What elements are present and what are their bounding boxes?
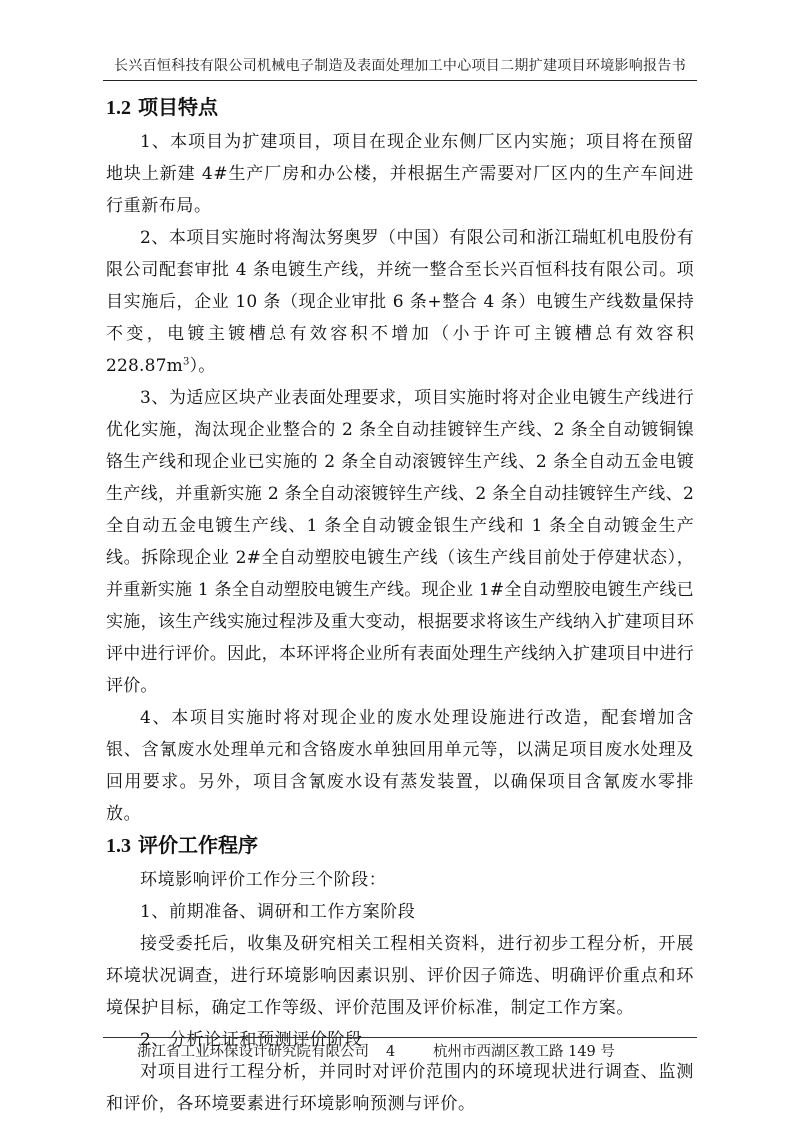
paragraph-1-2-item-1: 1、本项目为扩建项目，项目在现企业东侧厂区内实施；项目将在预留地块上新建 4#生… (106, 126, 694, 222)
section-number: 1.2 (106, 97, 131, 119)
running-footer: 浙江省工业环保设计研究院有限公司 4 杭州市西湖区教工路 149 号 (103, 1042, 697, 1064)
paragraph-1-2-item-3: 3、为适应区块产业表面处理要求，项目实施时将对企业电镀生产线进行优化实施，淘汰现… (106, 382, 694, 702)
paragraph-1-2-item-2: 2、本项目实施时将淘汰努奥罗（中国）有限公司和浙江瑞虹机电股份有限公司配套审批 … (106, 222, 694, 382)
header-divider (103, 80, 697, 81)
paragraph-1-3-stage-1-body: 接受委托后，收集及研究相关工程相关资料，进行初步工程分析，开展环境状况调查，进行… (106, 928, 694, 1024)
section-heading-1-3: 1.3 评价工作程序 (106, 830, 694, 864)
page-body: 1.2 项目特点 1、本项目为扩建项目，项目在现企业东侧厂区内实施；项目将在预留… (106, 92, 694, 1120)
paragraph-1-3-intro: 环境影响评价工作分三个阶段： (106, 864, 694, 896)
section-title-text: 项目特点 (138, 95, 218, 119)
footer-address: 杭州市西湖区教工路 149 号 (433, 1042, 615, 1062)
footer-organization: 浙江省工业环保设计研究院有限公司 (137, 1042, 369, 1062)
section-heading-1-2: 1.2 项目特点 (106, 92, 694, 126)
footer-divider (103, 1037, 697, 1038)
paragraph-1-3-stage-2-body: 对项目进行工程分析，并同时对评价范围内的环境现状进行调查、监测和评价，各环境要素… (106, 1056, 694, 1120)
page-number: 4 (386, 1042, 395, 1062)
section-title-text: 评价工作程序 (138, 833, 258, 857)
paragraph-1-3-stage-1-title: 1、前期准备、调研和工作方案阶段 (106, 896, 694, 928)
paragraph-text: 2、本项目实施时将淘汰努奥罗（中国）有限公司和浙江瑞虹机电股份有限公司配套审批 … (106, 228, 694, 376)
section-number: 1.3 (106, 835, 131, 857)
running-header: 长兴百恒科技有限公司机械电子制造及表面处理加工中心项目二期扩建项目环境影响报告书 (103, 56, 697, 76)
paragraph-1-2-item-4: 4、本项目实施时将对现企业的废水处理设施进行改造，配套增加含银、含氰废水处理单元… (106, 702, 694, 830)
paragraph-tail: ）。 (190, 356, 216, 376)
